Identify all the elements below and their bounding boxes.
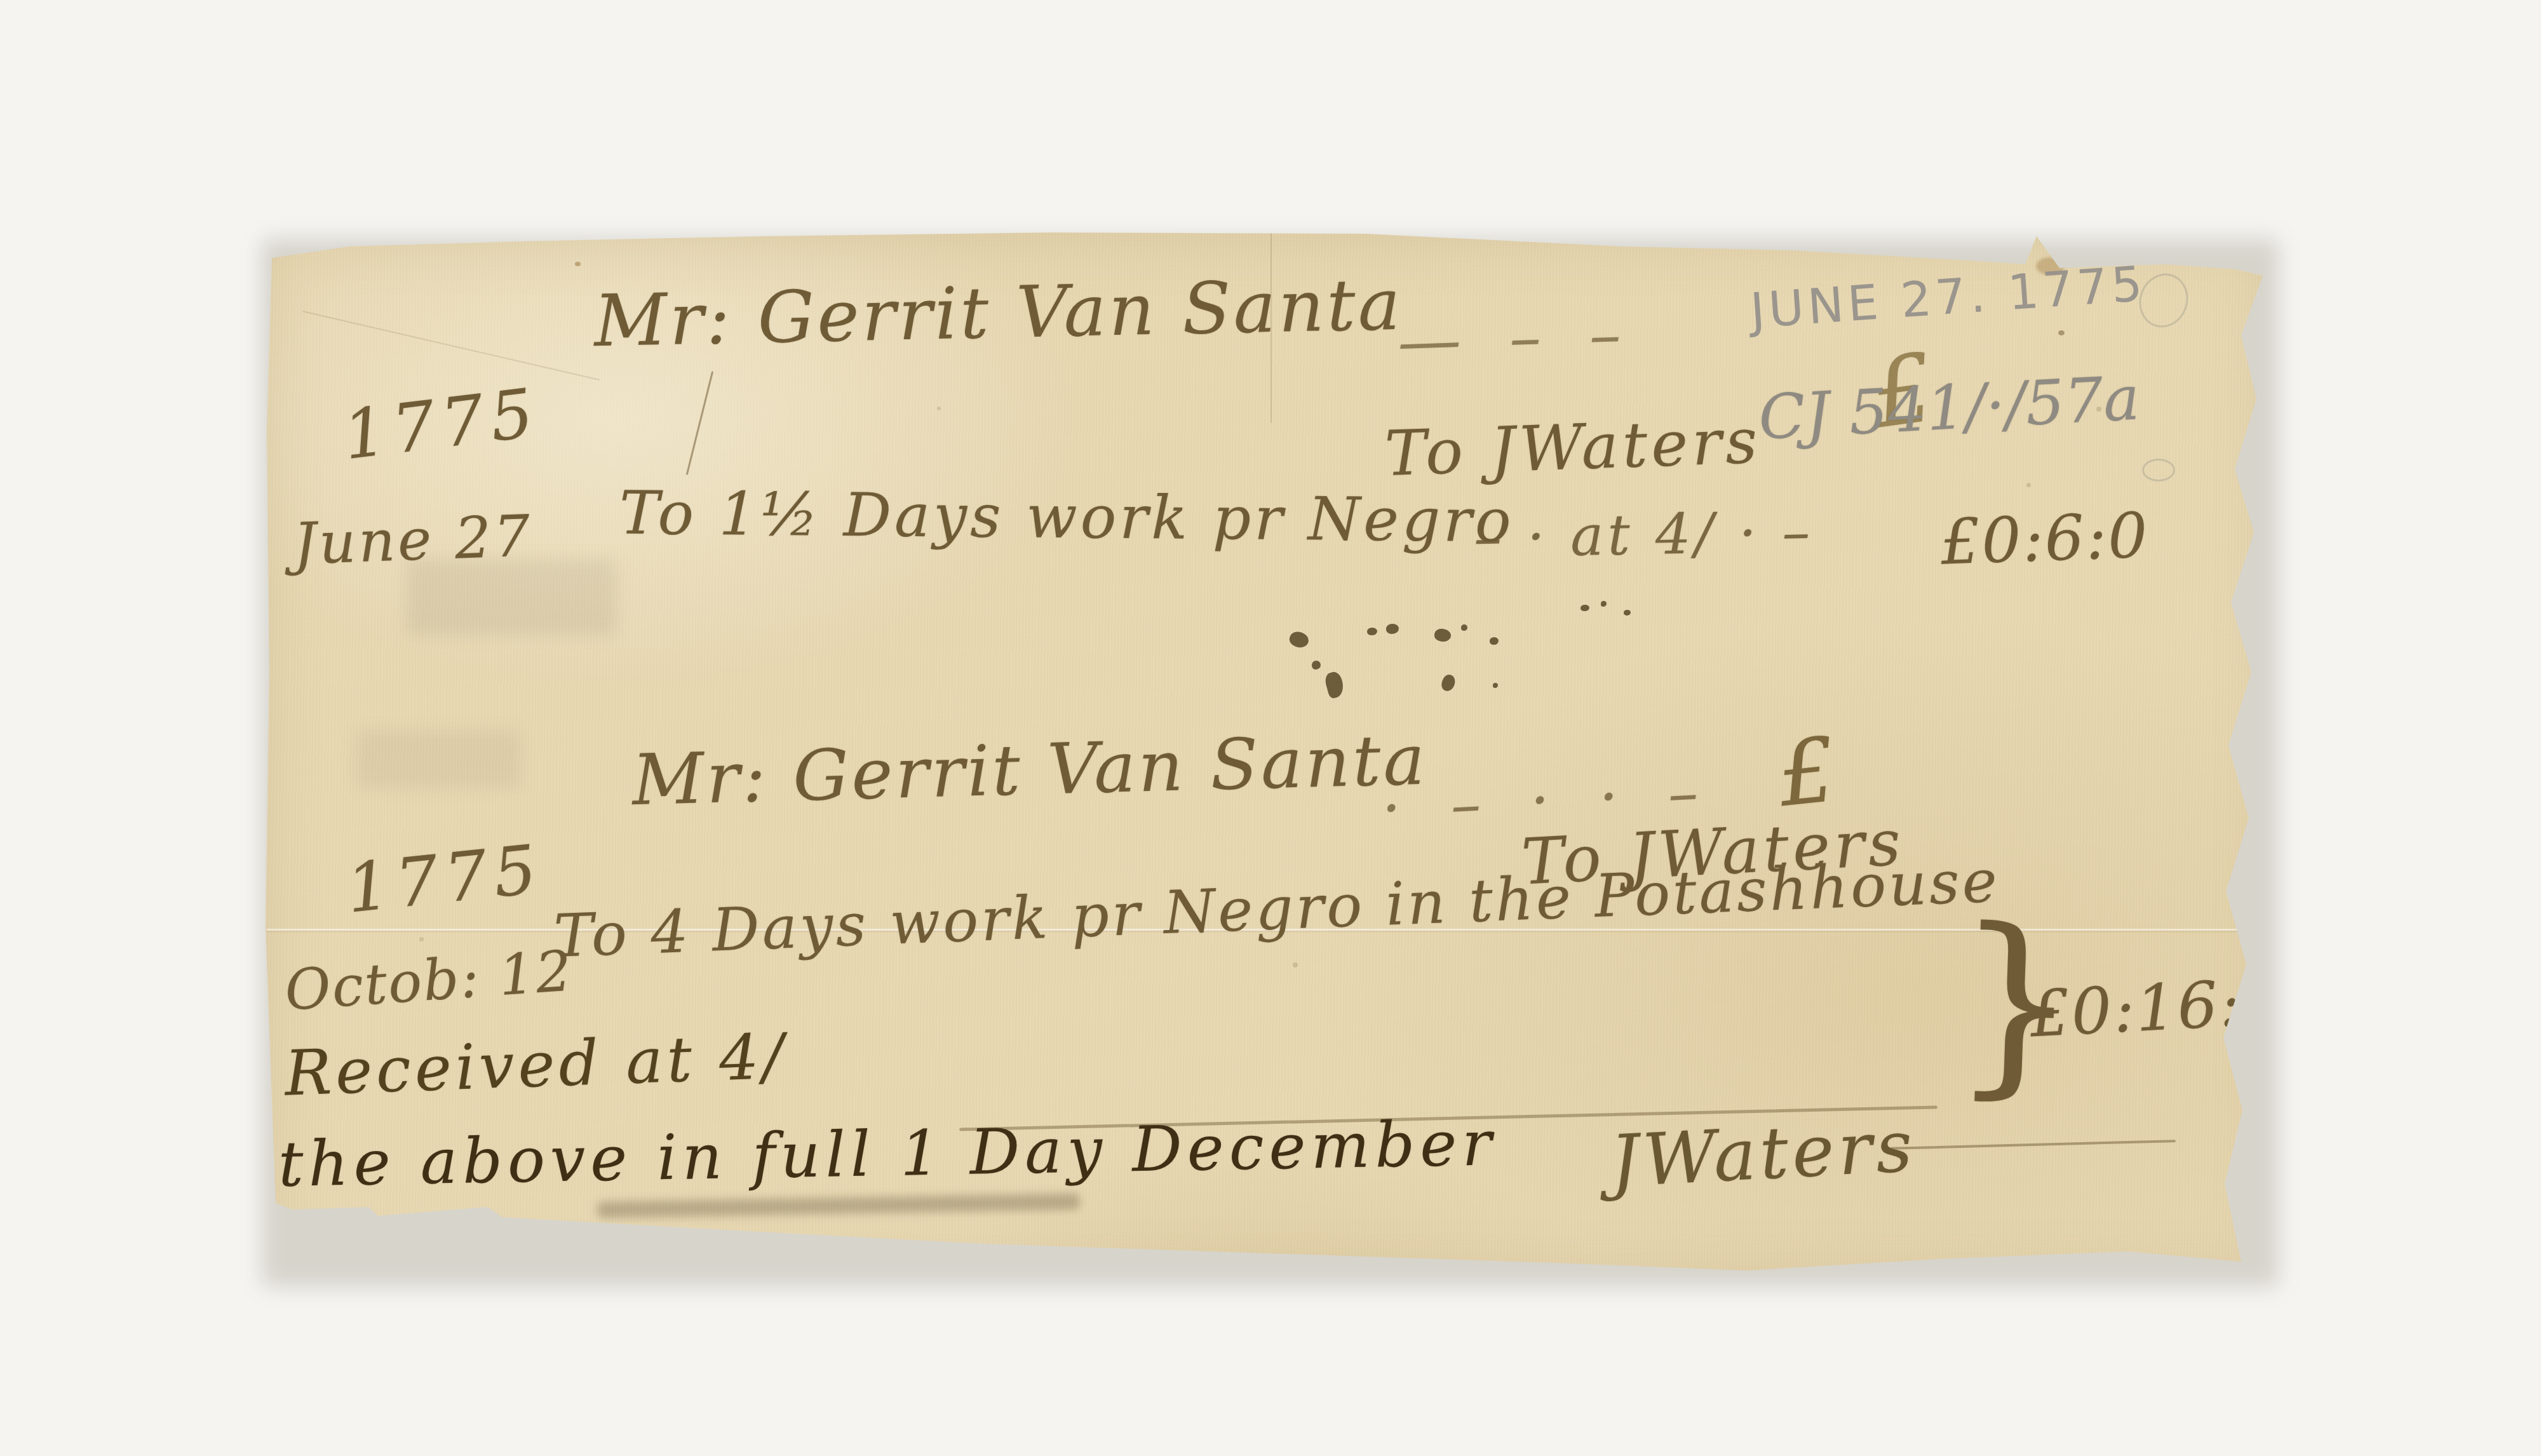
section2-entry-description: To 4 Days work pr Negro in the Potashhou… [553, 847, 2001, 971]
ink-blot [1493, 683, 1498, 688]
ink-blot [1433, 628, 1452, 643]
section2-year: 1775 [342, 830, 546, 928]
section2-entry-date: Octob: 12 [283, 938, 575, 1023]
receipt-paper: Mr: Gerrit Van Santa — – – JUNE 27. 1775… [254, 227, 2281, 1287]
paper-speck [419, 937, 424, 941]
signature-flourish [1890, 1140, 2176, 1150]
section1-entry-date: June 27 [292, 502, 534, 577]
pencil-reference-number: CJ 541/·/57a [1756, 362, 2141, 453]
section1-entry-amount: £0:6:0 [1939, 499, 2150, 579]
ink-blot [1312, 661, 1321, 670]
stray-ink-stroke [686, 371, 714, 475]
ink-blot [1367, 628, 1377, 635]
ink-blot [1288, 630, 1311, 650]
paper-speck [2096, 407, 2101, 412]
ink-bleedthrough-smudge [356, 731, 521, 788]
ink-blot [1323, 670, 1345, 699]
section1-addressee-dashes: — – – [1396, 297, 1636, 379]
paper-speck [575, 262, 581, 266]
section1-entry-rate: – · at 4/ · – [1473, 499, 1814, 570]
paper-speck [1293, 962, 1298, 967]
ink-blot [1461, 624, 1467, 631]
ink-blot [1490, 637, 1499, 645]
paper-crease [302, 311, 600, 381]
section1-credit-line: To JWaters [1384, 405, 1762, 491]
section1-entry-description: To 1½ Days work pr Negro [619, 479, 1515, 556]
scan-background: Mr: Gerrit Van Santa — – – JUNE 27. 1775… [0, 0, 2541, 1456]
ink-blot [1386, 624, 1399, 634]
ink-blot [1624, 610, 1631, 616]
paper-speck [2058, 330, 2065, 335]
paper-speck [937, 407, 941, 410]
pencil-date-annotation: JUNE 27. 1775 [1749, 255, 2148, 339]
receipt-statement-line2: the above in full 1 Day December [278, 1107, 1497, 1201]
ink-blot [1601, 601, 1607, 607]
receipt-statement-line1: Received at 4/ [283, 1020, 788, 1110]
section2-addressee-line: Mr: Gerrit Van Santa [631, 719, 1429, 821]
section1-addressee-line: Mr: Gerrit Van Santa [593, 264, 1404, 363]
section1-year: 1775 [339, 374, 544, 475]
ink-blot [1440, 673, 1457, 692]
paper-speck [2026, 483, 2031, 487]
bottom-edge-smudge [597, 1193, 1080, 1218]
signature-jwaters: JWaters [1608, 1105, 1918, 1203]
ink-blot [1581, 605, 1589, 611]
pencil-scribble [2142, 459, 2175, 482]
